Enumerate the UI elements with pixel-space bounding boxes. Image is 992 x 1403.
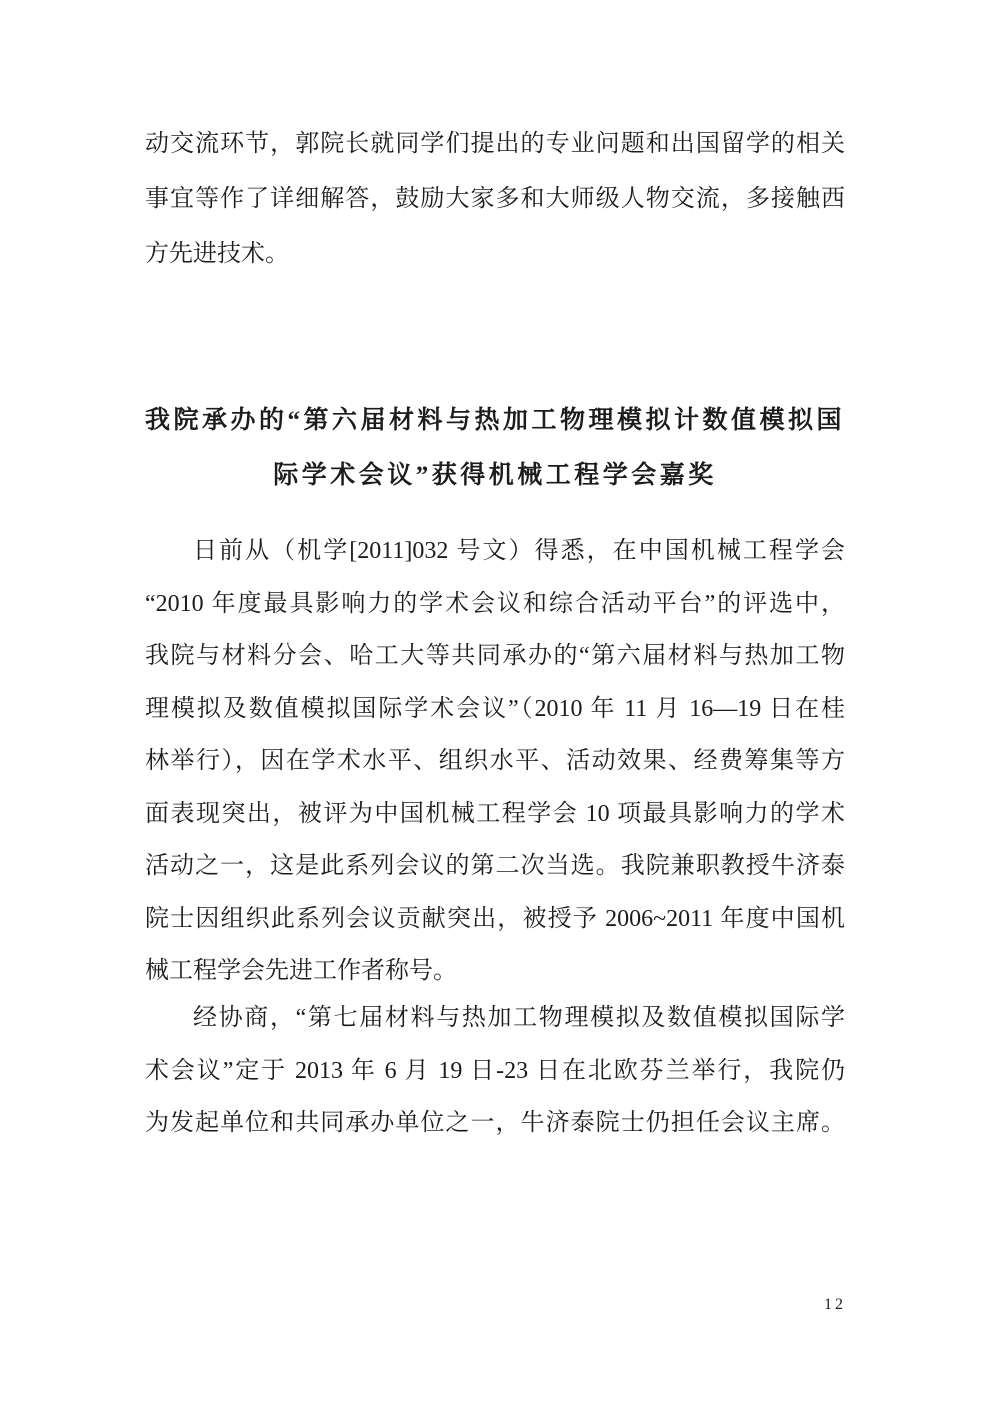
text-line: 动交流环节，郭院长就同学们提出的专业问题和出国留学的相关 bbox=[145, 117, 845, 172]
text-line: 面表现突出，被评为中国机械工程学会 10 项最具影响力的学术 bbox=[145, 788, 845, 841]
text-line: 林举行），因在学术水平、组织水平、活动效果、经费筹集等方 bbox=[145, 735, 845, 788]
text-line: 院士因组织此系列会议贡献突出，被授予 2006~2011 年度中国机 bbox=[145, 893, 845, 946]
text-line: 事宜等作了详细解答，鼓励大家多和大师级人物交流，多接触西 bbox=[145, 172, 845, 227]
award-paragraph: 日前从（机学[2011]032 号文）得悉，在中国机械工程学会 “2010 年度… bbox=[145, 525, 845, 998]
text-line: 术会议”定于 2013 年 6 月 19 日-23 日在北欧芬兰举行，我院仍 bbox=[145, 1045, 845, 1098]
text-line: 经协商，“第七届材料与热加工物理模拟及数值模拟国际学 bbox=[145, 992, 845, 1045]
text-line: 日前从（机学[2011]032 号文）得悉，在中国机械工程学会 bbox=[145, 525, 845, 578]
text-line: 我院与材料分会、哈工大等共同承办的“第六届材料与热加工物 bbox=[145, 630, 845, 683]
page-number: 12 bbox=[824, 1296, 846, 1314]
intro-paragraph: 动交流环节，郭院长就同学们提出的专业问题和出国留学的相关 事宜等作了详细解答，鼓… bbox=[145, 117, 845, 282]
section-heading: 我院承办的“第六届材料与热加工物理模拟计数值模拟国 际学术会议”获得机械工程学会… bbox=[145, 393, 845, 503]
text-line: 方先进技术。 bbox=[145, 227, 845, 282]
text-line: “2010 年度最具影响力的学术会议和综合活动平台”的评选中， bbox=[145, 578, 845, 631]
heading-line: 际学术会议”获得机械工程学会嘉奖 bbox=[145, 448, 845, 503]
next-conference-paragraph: 经协商，“第七届材料与热加工物理模拟及数值模拟国际学 术会议”定于 2013 年… bbox=[145, 992, 845, 1150]
text-line: 活动之一，这是此系列会议的第二次当选。我院兼职教授牛济泰 bbox=[145, 840, 845, 893]
document-page: 动交流环节，郭院长就同学们提出的专业问题和出国留学的相关 事宜等作了详细解答，鼓… bbox=[0, 0, 992, 1403]
heading-line: 我院承办的“第六届材料与热加工物理模拟计数值模拟国 bbox=[145, 393, 845, 448]
text-line: 械工程学会先进工作者称号。 bbox=[145, 945, 845, 998]
text-line: 为发起单位和共同承办单位之一，牛济泰院士仍担任会议主席。 bbox=[145, 1097, 845, 1150]
text-line: 理模拟及数值模拟国际学术会议”（2010 年 11 月 16—19 日在桂 bbox=[145, 683, 845, 736]
